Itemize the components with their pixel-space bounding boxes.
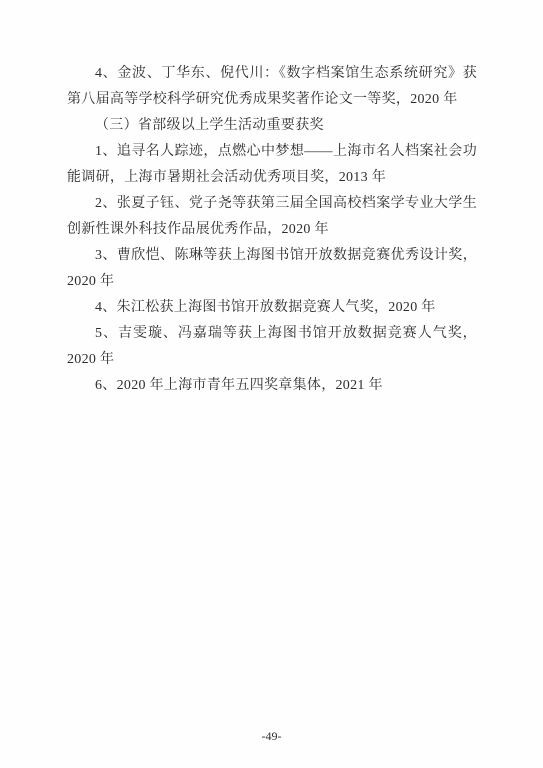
- paragraph-award-item: 3、曹欣恺、陈琳等获上海图书馆开放数据竞赛优秀设计奖，2020 年: [67, 243, 477, 295]
- paragraph-award-item: 4、金波、丁华东、倪代川：《数字档案馆生态系统研究》获第八届高等学校科学研究优秀…: [67, 61, 477, 113]
- section-heading: （三）省部级以上学生活动重要获奖: [67, 113, 477, 139]
- paragraph-award-item: 5、吉雯璇、冯嘉瑞等获上海图书馆开放数据竞赛人气奖，2020 年: [67, 321, 477, 373]
- paragraph-award-item: 2、张夏子钰、党子尧等获第三届全国高校档案学专业大学生创新性课外科技作品展优秀作…: [67, 191, 477, 243]
- paragraph-award-item: 4、朱江松获上海图书馆开放数据竞赛人气奖，2020 年: [67, 295, 477, 321]
- document-page: 4、金波、丁华东、倪代川：《数字档案馆生态系统研究》获第八届高等学校科学研究优秀…: [0, 0, 543, 768]
- paragraph-award-item: 1、追寻名人踪迹，点燃心中梦想——上海市名人档案社会功能调研，上海市暑期社会活动…: [67, 139, 477, 191]
- paragraph-award-item: 6、2020 年上海市青年五四奖章集体，2021 年: [67, 373, 477, 399]
- document-body: 4、金波、丁华东、倪代川：《数字档案馆生态系统研究》获第八届高等学校科学研究优秀…: [67, 61, 477, 399]
- footer-page-number: -49-: [0, 728, 543, 744]
